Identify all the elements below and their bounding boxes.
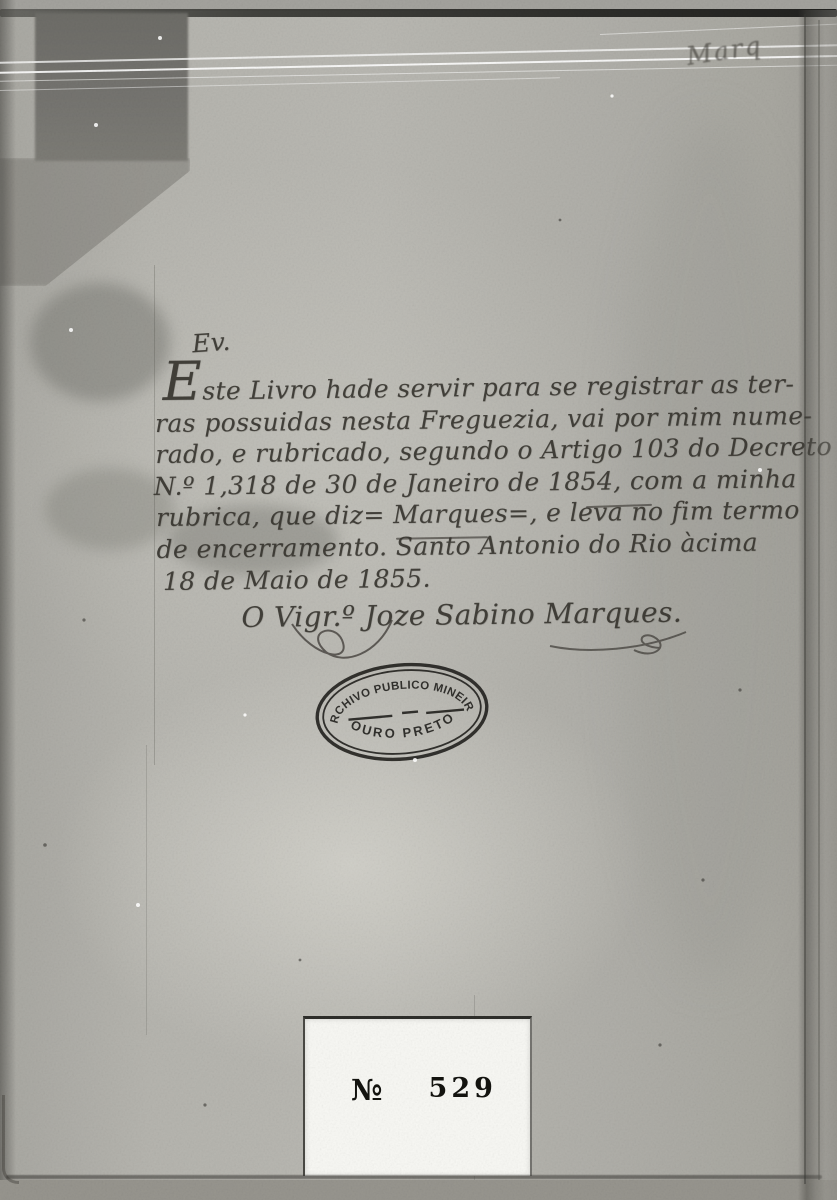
scanned-manuscript-page: Marq Ev. Este Livro hade servir para se …	[0, 0, 837, 1200]
dust-specks	[0, 0, 837, 1200]
